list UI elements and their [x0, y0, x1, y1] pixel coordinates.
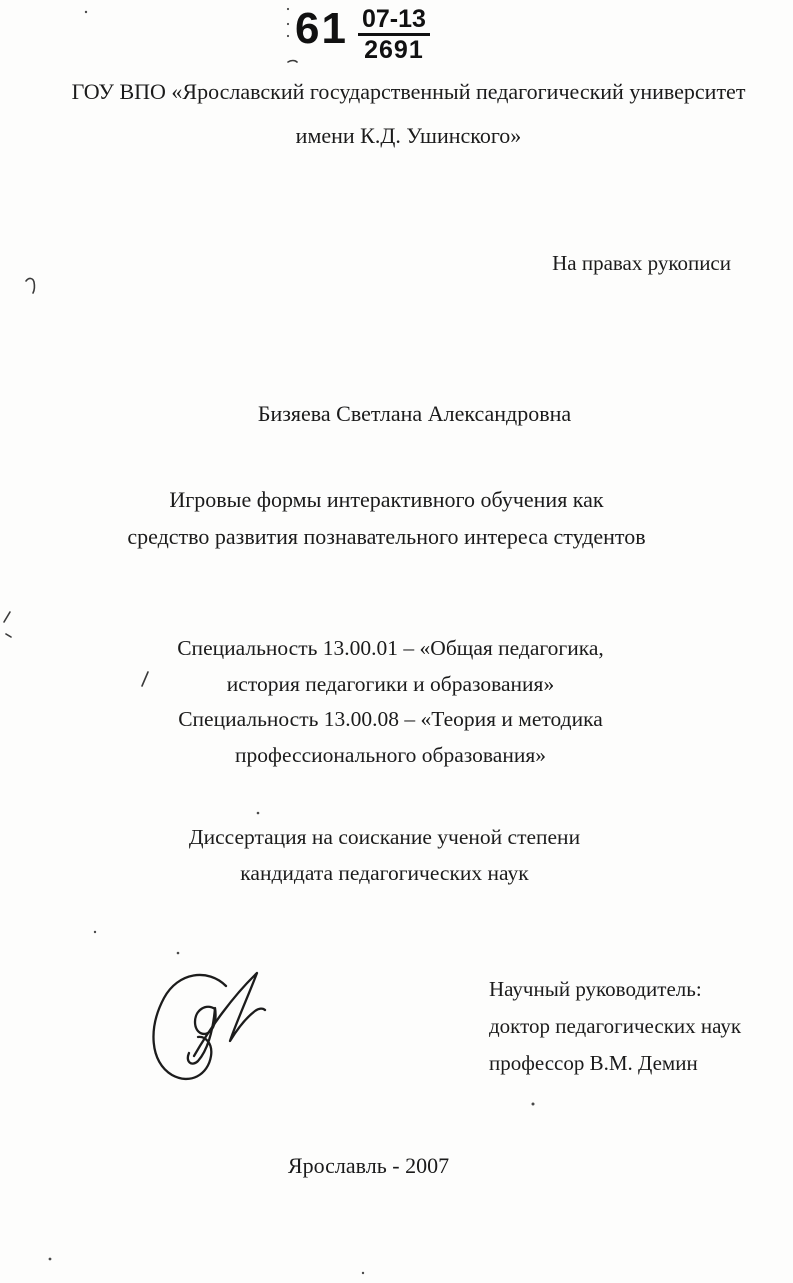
dissertation-title-line1: Игровые формы интерактивного обучения ка… [0, 481, 783, 518]
handwritten-signature [128, 948, 293, 1093]
signature-icon [128, 948, 293, 1093]
specialty-2-line2: профессионального образования» [0, 738, 787, 774]
university-name: ГОУ ВПО «Ярославский государственный пед… [12, 70, 793, 158]
stamp-fraction-numerator: 07-13 [358, 6, 430, 36]
advisor-degree: доктор педагогических наук [489, 1008, 741, 1045]
advisor-heading: Научный руководитель: [489, 971, 741, 1008]
stamp-fraction-denominator: 2691 [358, 36, 430, 63]
specialty-1-line2: история педагогики и образования» [0, 667, 787, 703]
manuscript-rights-note: На правах рукописи [552, 251, 731, 276]
university-name-line1: ГОУ ВПО «Ярославский государственный пед… [12, 70, 793, 114]
stamp-number: 61 [295, 6, 348, 52]
specialties: Специальность 13.00.01 – «Общая педагоги… [0, 631, 787, 773]
specialty-1-line1: Специальность 13.00.01 – «Общая педагоги… [0, 631, 787, 667]
specialty-2-line1: Специальность 13.00.08 – «Теория и метод… [0, 702, 787, 738]
stamp-fraction: 07-13 2691 [358, 6, 430, 63]
advisor-block: Научный руководитель: доктор педагогичес… [489, 971, 741, 1082]
catalog-stamp: 61 07-13 2691 [295, 6, 430, 63]
dissertation-title: Игровые формы интерактивного обучения ка… [0, 481, 783, 555]
thesis-statement-line2: кандидата педагогических наук [0, 855, 781, 891]
university-name-line2: имени К.Д. Ушинского» [12, 114, 793, 158]
advisor-name: профессор В.М. Демин [489, 1045, 741, 1082]
dissertation-title-line2: средство развития познавательного интере… [0, 518, 783, 555]
city-year: Ярославль - 2007 [0, 1153, 765, 1179]
author-name: Бизяева Светлана Александровна [18, 401, 793, 427]
dissertation-title-page: 61 07-13 2691 ГОУ ВПО «Ярославский госуд… [0, 0, 793, 1283]
thesis-statement-line1: Диссертация на соискание ученой степени [0, 819, 781, 855]
thesis-statement: Диссертация на соискание ученой степени … [0, 819, 781, 891]
